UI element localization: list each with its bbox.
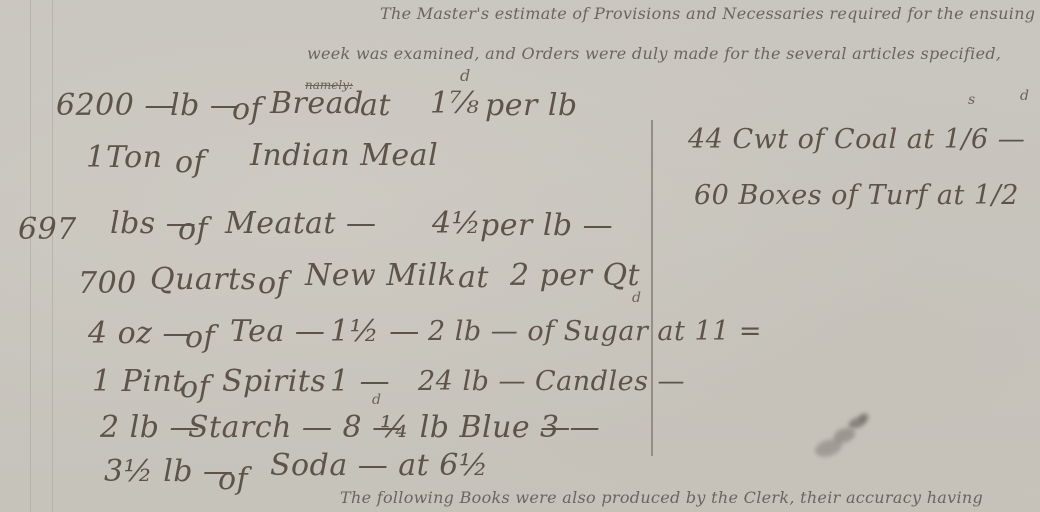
column-divider — [651, 120, 653, 456]
entry-coal: 44 Cwt of Coal at 1/6 — — [688, 124, 1025, 155]
entry-at: at — — [305, 206, 376, 241]
entry-quantity: 1 — [86, 140, 106, 175]
entry-quantity: 4 oz — — [88, 316, 193, 351]
entry-blue-price: 3 — — [540, 410, 600, 445]
entry-item: Tea — — [230, 314, 325, 349]
superscript-d: d — [1020, 88, 1029, 104]
entry-of: of — [218, 462, 248, 497]
entry-price: 2 per Qt — [510, 258, 640, 293]
entry-candles: 24 lb — Candles — — [418, 366, 685, 397]
entry-per-unit: per lb — — [480, 208, 613, 243]
entry-item: New Milk — [305, 258, 456, 293]
entry-at: at — [458, 260, 489, 295]
entry-price: 1 — — [330, 364, 390, 399]
entry-item: Spirits — [222, 364, 326, 399]
entry-unit: lb — — [170, 88, 240, 123]
entry-item: Bread — [270, 86, 364, 121]
entry-item: Soda — at 6½ — [270, 448, 488, 483]
superscript-d: d — [372, 392, 381, 408]
entry-turf: 60 Boxes of Turf at 1/2 — [694, 180, 1019, 211]
printed-header-line-1: The Master's estimate of Provisions and … — [380, 4, 1035, 23]
entry-unit: Ton — [106, 140, 163, 175]
ledger-page: The Master's estimate of Provisions and … — [0, 0, 1040, 512]
superscript-d: d — [460, 66, 470, 85]
entry-item: Indian Meal — [250, 138, 438, 173]
margin-note: 697 — [18, 212, 77, 247]
superscript-s: s — [968, 92, 975, 108]
entry-price: 1½ — — [330, 314, 420, 349]
printed-footer: The following Books were also produced b… — [340, 488, 983, 507]
entry-unit: Quarts — [150, 262, 257, 297]
entry-per-unit: per lb — [485, 88, 578, 123]
entry-item: Meat — [225, 206, 305, 241]
margin-rule-right — [52, 0, 53, 512]
margin-rule-left — [30, 0, 31, 512]
entry-of: of — [180, 370, 210, 405]
entry-quantity: 2 lb — — [100, 410, 200, 445]
entry-quantity: 700 — [78, 266, 137, 301]
entry-quantity: 3½ lb — — [104, 454, 234, 489]
entry-of: of — [185, 320, 215, 355]
entry-at: at — [360, 88, 391, 123]
ink-stain — [808, 410, 883, 463]
entry-quantity: 1 Pint — [92, 364, 185, 399]
entry-of: of — [232, 92, 262, 127]
printed-header-line-2: week was examined, and Orders were duly … — [307, 44, 1001, 63]
entry-sugar: 2 lb — of Sugar at 11 = — [428, 316, 762, 347]
superscript-d: d — [632, 290, 641, 306]
entry-of: of — [178, 212, 208, 247]
entry-of: of — [175, 145, 205, 180]
entry-price: 1⅞ — [430, 86, 479, 121]
entry-of: of — [258, 266, 288, 301]
entry-price: 4½ — [432, 206, 481, 241]
entry-quantity: 6200 — — [56, 88, 175, 123]
